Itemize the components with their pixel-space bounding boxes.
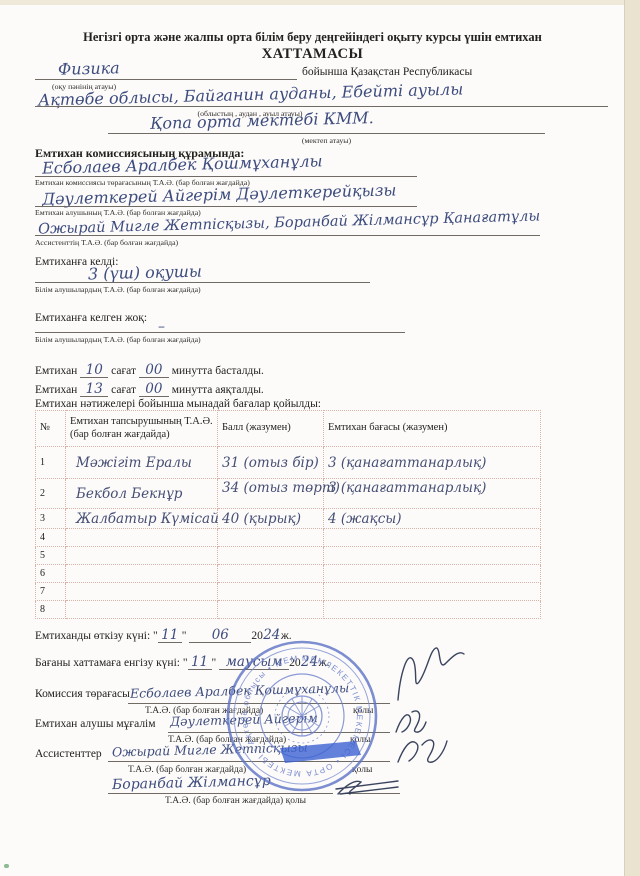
time-started-prefix: Емтихан [35, 365, 77, 377]
table-row: 4 [36, 529, 541, 547]
exam-date-line: Емтиханды өткізу күні: "11" 062024ж. [35, 627, 292, 646]
row-score-handwritten: 40 (қырық) [218, 509, 324, 529]
subject-suffix: бойынша Қазақстан Республикасы [302, 66, 472, 78]
record-year-printed: 20 [289, 657, 301, 669]
exam-year-suffix: ж. [281, 630, 292, 642]
col-header-name: Емтихан тапсырушының Т.А.Ә. (бар болған … [66, 411, 218, 447]
time-ended-prefix: Емтихан [35, 384, 77, 396]
chairman-underline [35, 157, 417, 177]
attended-underline [35, 263, 370, 283]
table-row: 3 Жалбатыр Күмісай 40 (қырық) 4 (жақсы) [36, 509, 541, 529]
results-table: № Емтихан тапсырушының Т.А.Ә. (бар болға… [35, 410, 541, 619]
scan-edge-right [624, 0, 640, 876]
row-grade-empty [324, 583, 541, 601]
table-row: 1 Мәжігіт Ералы 31 (отыз бір) 3 (қанағат… [36, 447, 541, 479]
row-no: 7 [36, 583, 66, 601]
record-year-handwritten: 24 [301, 656, 319, 669]
row-name-empty [66, 529, 218, 547]
row-score-empty [218, 601, 324, 619]
scanned-exam-protocol-page: Негізгі орта және жалпы орта білім беру … [0, 0, 640, 876]
scan-edge-top [0, 0, 640, 5]
table-row: 2 Бекбол Бекнұр 34 (отыз төрт) 3 (қанаға… [36, 479, 541, 509]
table-row: 6 [36, 565, 541, 583]
examiner-underline [35, 187, 417, 207]
quote-mark: " [182, 630, 187, 642]
col-header-no: № [36, 411, 66, 447]
row-name-handwritten: Жалбатыр Күмісай [66, 509, 218, 529]
assistants-signature-label: Ассистенттер [35, 748, 102, 760]
examiner-signature-label: Емтихан алушы мұғалім [35, 718, 156, 730]
school-caption: (мектеп атауы) [108, 136, 545, 145]
record-date-label: Бағаны хаттамаға енгізу күні: " [35, 657, 188, 669]
row-no: 4 [36, 529, 66, 547]
row-score-handwritten: 34 (отыз төрт) [218, 479, 324, 509]
record-year-suffix: ж. [319, 657, 330, 669]
quote-mark: " [212, 657, 217, 669]
row-score-empty [218, 583, 324, 601]
chairman-signature-underline [128, 684, 390, 704]
row-score-handwritten: 31 (отыз бір) [218, 447, 324, 479]
exam-date-label: Емтиханды өткізу күні: " [35, 630, 158, 642]
time-ended-suffix: минутта аяқталды. [172, 384, 264, 396]
row-no: 8 [36, 601, 66, 619]
end-hour-handwritten: 13 [80, 383, 108, 397]
examiner-signature-underline [168, 713, 390, 733]
record-day-handwritten: 11 [188, 656, 212, 670]
table-row: 8 [36, 601, 541, 619]
assistant1-sign-caption: қолы [352, 765, 372, 775]
assistant2-sign-underline [345, 775, 400, 794]
region-underline [35, 87, 608, 107]
exam-day-handwritten: 11 [158, 629, 182, 643]
document-title: Негізгі орта және жалпы орта білім беру … [0, 30, 625, 45]
school-underline [108, 112, 545, 134]
assistant2-fio-sign-caption: Т.А.Ә. (бар болған жағдайда) қолы [165, 796, 306, 806]
col-header-grade: Емтихан бағасы (жазумен) [324, 411, 541, 447]
record-date-line: Бағаны хаттамаға енгізу күні: "11" маусы… [35, 654, 329, 673]
row-name-handwritten: Бекбол Бекнұр [66, 479, 218, 509]
row-no: 2 [36, 479, 66, 509]
subject-underline [35, 60, 297, 80]
col-header-score: Балл (жазумен) [218, 411, 324, 447]
row-score-empty [218, 547, 324, 565]
row-no: 1 [36, 447, 66, 479]
results-heading: Емтихан нәтижелері бойынша мынадай бағал… [35, 398, 321, 410]
row-grade-handwritten: 3 (қанағаттанарлық) [324, 447, 541, 479]
absent-caption: Білім алушылардың Т.А.Ә. (бар болған жағ… [35, 335, 201, 344]
end-minute-handwritten: 00 [139, 383, 169, 397]
row-no: 6 [36, 565, 66, 583]
assistant2-signature-underline [108, 775, 333, 794]
row-grade-empty [324, 565, 541, 583]
row-grade-empty [324, 547, 541, 565]
row-grade-handwritten: 3 (қанағаттанарлық) [324, 479, 541, 509]
row-grade-empty [324, 529, 541, 547]
time-started-line: Емтихан 10 сағат 00 минутта басталды. [35, 362, 264, 381]
row-no: 3 [36, 509, 66, 529]
row-grade-handwritten: 4 (жақсы) [324, 509, 541, 529]
row-name-empty [66, 565, 218, 583]
start-hour-handwritten: 10 [80, 364, 108, 378]
table-row: 5 [36, 547, 541, 565]
chairman-signature-label: Комиссия төрағасы [35, 688, 130, 700]
exam-year-printed: 20 [251, 630, 263, 642]
exam-year-handwritten: 24 [263, 629, 281, 642]
row-score-empty [218, 565, 324, 583]
assistants-underline [35, 216, 540, 236]
record-month-handwritten: маусым [219, 656, 289, 670]
start-minute-handwritten: 00 [139, 364, 169, 378]
row-grade-empty [324, 601, 541, 619]
assistant1-signature-underline [108, 742, 390, 762]
time-ended-sagat: сағат [111, 384, 136, 396]
attended-caption: Білім алушылардың Т.А.Ә. (бар болған жағ… [35, 285, 201, 294]
assistant1-signature [398, 740, 447, 762]
examiner-signature [396, 711, 426, 732]
row-score-empty [218, 529, 324, 547]
row-no: 5 [36, 547, 66, 565]
time-started-suffix: минутта басталды. [172, 365, 264, 377]
absent-underline [35, 313, 405, 333]
row-name-empty [66, 583, 218, 601]
scan-artifact [4, 864, 9, 868]
row-name-handwritten: Мәжігіт Ералы [66, 447, 218, 479]
time-started-sagat: сағат [111, 365, 136, 377]
row-name-empty [66, 601, 218, 619]
chairman-signature [398, 648, 464, 700]
table-row: 7 [36, 583, 541, 601]
row-name-empty [66, 547, 218, 565]
assistants-caption: Ассистенттің Т.А.Ә. (бар болған жағдайда… [35, 238, 178, 247]
table-header-row: № Емтихан тапсырушының Т.А.Ә. (бар болға… [36, 411, 541, 447]
exam-month-handwritten: 06 [189, 629, 251, 643]
